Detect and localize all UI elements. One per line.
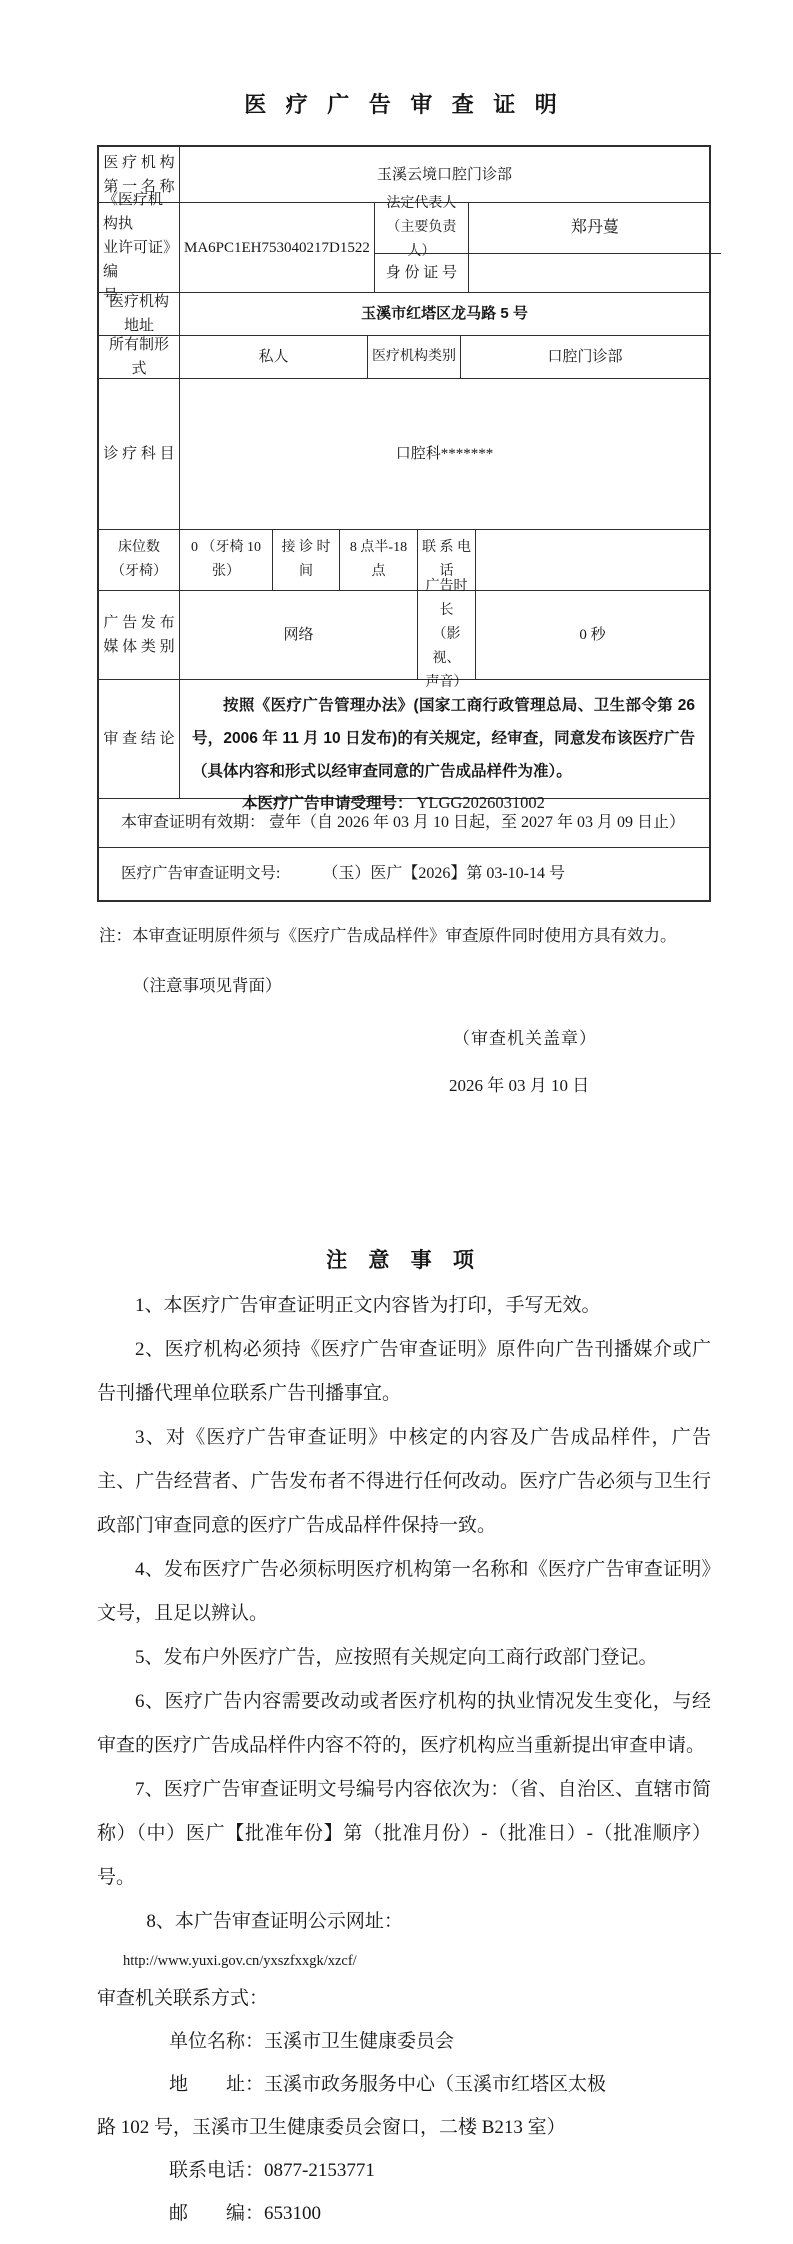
contact-telephone: 联系电话：0877-2153771 bbox=[169, 2149, 711, 2192]
legal-rep-value: 郑丹蔓 bbox=[468, 203, 721, 253]
row-ownership: 所有制形式 私人 医疗机构类别 口腔门诊部 bbox=[99, 335, 709, 378]
id-number-label: 身 份 证 号 bbox=[375, 254, 468, 292]
notice-item-2: 2、医疗机构必须持《医疗广告审查证明》原件向广告刊播媒介或广告刊播代理单位联系广… bbox=[97, 1328, 711, 1416]
contact-address-line1: 地 址：玉溪市政务服务中心（玉溪市红塔区太极 bbox=[169, 2063, 711, 2106]
license-label: 《医疗机构执 业许可证》编 号 bbox=[99, 203, 179, 292]
duration-value: 0 秒 bbox=[475, 591, 709, 679]
category-value: 口腔门诊部 bbox=[460, 336, 709, 378]
departments-value: 口腔科******* bbox=[179, 379, 709, 529]
contact-heading: 审查机关联系方式： bbox=[97, 1978, 711, 2020]
row-departments: 诊 疗 科 目 口腔科******* bbox=[99, 378, 709, 529]
beds-value: 0 （牙椅 10 张） bbox=[179, 530, 272, 590]
issue-date: 2026 年 03 月 10 日 bbox=[449, 1071, 711, 1096]
media-value: 网络 bbox=[179, 591, 417, 679]
contact-zipcode: 邮 编：653100 bbox=[169, 2192, 711, 2235]
departments-label: 诊 疗 科 目 bbox=[99, 379, 179, 529]
doc-number-value: （玉）医广【2026】第 03-10-14 号 bbox=[322, 862, 565, 886]
page-title: 医 疗 广 告 审 查 证 明 bbox=[97, 88, 711, 119]
doc-number-label: 医疗广告审查证明文号: bbox=[121, 862, 280, 886]
notice-item-5: 5、发布户外医疗广告，应按照有关规定向工商行政部门登记。 bbox=[97, 1636, 711, 1680]
notice-title: 注 意 事 项 bbox=[97, 1244, 711, 1274]
notice-item-8: 8、本广告审查证明公示网址： bbox=[97, 1900, 711, 1944]
legal-rep-label: 法定代表人 （主要负责人） bbox=[375, 203, 468, 253]
address-value: 玉溪市红塔区龙马路 5 号 bbox=[179, 293, 709, 335]
beds-label: 床位数 （牙椅） bbox=[99, 530, 179, 590]
contact-unit: 单位名称：玉溪市卫生健康委员会 bbox=[169, 2020, 711, 2063]
notice-section: 1、本医疗广告审查证明正文内容皆为打印，手写无效。 2、医疗机构必须持《医疗广告… bbox=[97, 1284, 711, 2235]
certificate-table: 医 疗 机 构 第 一 名 称 玉溪云境口腔门诊部 《医疗机构执 业许可证》编 … bbox=[97, 145, 711, 902]
row-address: 医疗机构地址 玉溪市红塔区龙马路 5 号 bbox=[99, 292, 709, 335]
hours-label: 接 诊 时 间 bbox=[272, 530, 339, 590]
notice-item-4: 4、发布医疗广告必须标明医疗机构第一名称和《医疗广告审查证明》文号，且足以辨认。 bbox=[97, 1548, 711, 1636]
conclusion-cell: 按照《医疗广告管理办法》(国家工商行政管理总局、卫生部令第 26 号，2006 … bbox=[179, 680, 709, 798]
row-beds-hours-phone: 床位数 （牙椅） 0 （牙椅 10 张） 接 诊 时 间 8 点半-18 点 联… bbox=[99, 529, 709, 590]
certificate-sheet: 医 疗 广 告 审 查 证 明 医 疗 机 构 第 一 名 称 玉溪云境口腔门诊… bbox=[0, 0, 711, 2235]
notice-item-7: 7、医疗广告审查证明文号编号内容依次为：（省、自治区、直辖市简称）（中）医广【批… bbox=[97, 1768, 711, 1900]
address-label: 医疗机构地址 bbox=[99, 293, 179, 335]
hours-value: 8 点半-18 点 bbox=[339, 530, 417, 590]
license-number-value: MA6PC1EH753040217D1522 bbox=[179, 203, 374, 292]
media-label: 广 告 发 布 媒 体 类 别 bbox=[99, 591, 179, 679]
row-doc-number: 医疗广告审查证明文号: （玉）医广【2026】第 03-10-14 号 bbox=[99, 847, 709, 900]
row-conclusion: 审 查 结 论 按照《医疗广告管理办法》(国家工商行政管理总局、卫生部令第 26… bbox=[99, 679, 709, 798]
ownership-value: 私人 bbox=[179, 336, 367, 378]
notice-item-3: 3、对《医疗广告审查证明》中核定的内容及广告成品样件，广告主、广告经营者、广告发… bbox=[97, 1416, 711, 1548]
row-validity: 本审查证明有效期： 壹年（自 2026 年 03 月 10 日起，至 2027 … bbox=[99, 798, 709, 847]
contact-address-line2: 路 102 号，玉溪市卫生健康委员会窗口，二楼 B213 室） bbox=[97, 2106, 711, 2149]
conclusion-label: 审 查 结 论 bbox=[99, 680, 179, 798]
row-license: 《医疗机构执 业许可证》编 号 MA6PC1EH753040217D1522 法… bbox=[99, 202, 709, 292]
validity-text: 本审查证明有效期： 壹年（自 2026 年 03 月 10 日起，至 2027 … bbox=[99, 799, 709, 847]
row-media-duration: 广 告 发 布 媒 体 类 别 网络 广告时长 （影视、 声音） 0 秒 bbox=[99, 590, 709, 679]
category-label: 医疗机构类别 bbox=[367, 336, 460, 378]
note-text: 注：本审查证明原件须与《医疗广告成品样件》审查原件同时使用方具有效力。 bbox=[99, 922, 711, 946]
legal-rep-id-block: 法定代表人 （主要负责人） 郑丹蔓 身 份 证 号 bbox=[374, 203, 721, 292]
ownership-label: 所有制形式 bbox=[99, 336, 179, 378]
conclusion-text: 按照《医疗广告管理办法》(国家工商行政管理总局、卫生部令第 26 号，2006 … bbox=[192, 689, 695, 788]
public-url: http://www.yuxi.gov.cn/yxszfxxgk/xzcf/ bbox=[123, 1944, 711, 1978]
seal-placeholder: （审查机关盖章） bbox=[453, 1024, 711, 1049]
sub-row-id-number: 身 份 证 号 bbox=[375, 253, 721, 292]
notice-item-6: 6、医疗广告内容需要改动或者医疗机构的执业情况发生变化，与经审查的医疗广告成品样… bbox=[97, 1680, 711, 1768]
doc-number-cell: 医疗广告审查证明文号: （玉）医广【2026】第 03-10-14 号 bbox=[99, 848, 709, 900]
sub-row-legal-rep: 法定代表人 （主要负责人） 郑丹蔓 bbox=[375, 203, 721, 253]
id-number-value bbox=[468, 254, 721, 292]
notice-item-1: 1、本医疗广告审查证明正文内容皆为打印，手写无效。 bbox=[97, 1284, 711, 1328]
phone-value bbox=[475, 530, 709, 590]
duration-label: 广告时长 （影视、 声音） bbox=[417, 591, 475, 679]
note-back-text: （注意事项见背面） bbox=[133, 972, 711, 996]
